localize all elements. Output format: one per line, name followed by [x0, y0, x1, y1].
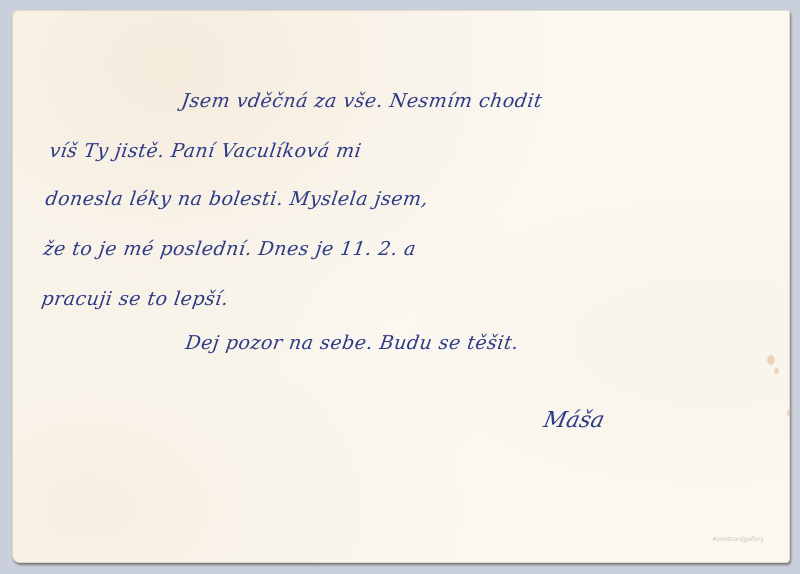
- message-line: Dej pozor na sebe. Budu se těšit.: [184, 332, 520, 354]
- paper-stain: [767, 355, 775, 365]
- message-line: pracuji se to lepší.: [40, 288, 230, 310]
- message-line: donesla léky na bolesti. Myslela jsem,: [44, 188, 430, 210]
- signature: Máša: [541, 408, 606, 433]
- watermark: #postcardgallery: [712, 536, 764, 543]
- postcard: Jsem vděčná za vše. Nesmím chodit víš Ty…: [12, 10, 790, 563]
- paper-stain: [787, 410, 790, 416]
- message-line: víš Ty jistě. Paní Vaculíková mi: [48, 140, 363, 162]
- paper-stain: [774, 368, 779, 374]
- message-line: Jsem vděčná za vše. Nesmím chodit: [180, 90, 544, 112]
- message-line: že to je mé poslední. Dnes je 11. 2. a: [42, 238, 418, 260]
